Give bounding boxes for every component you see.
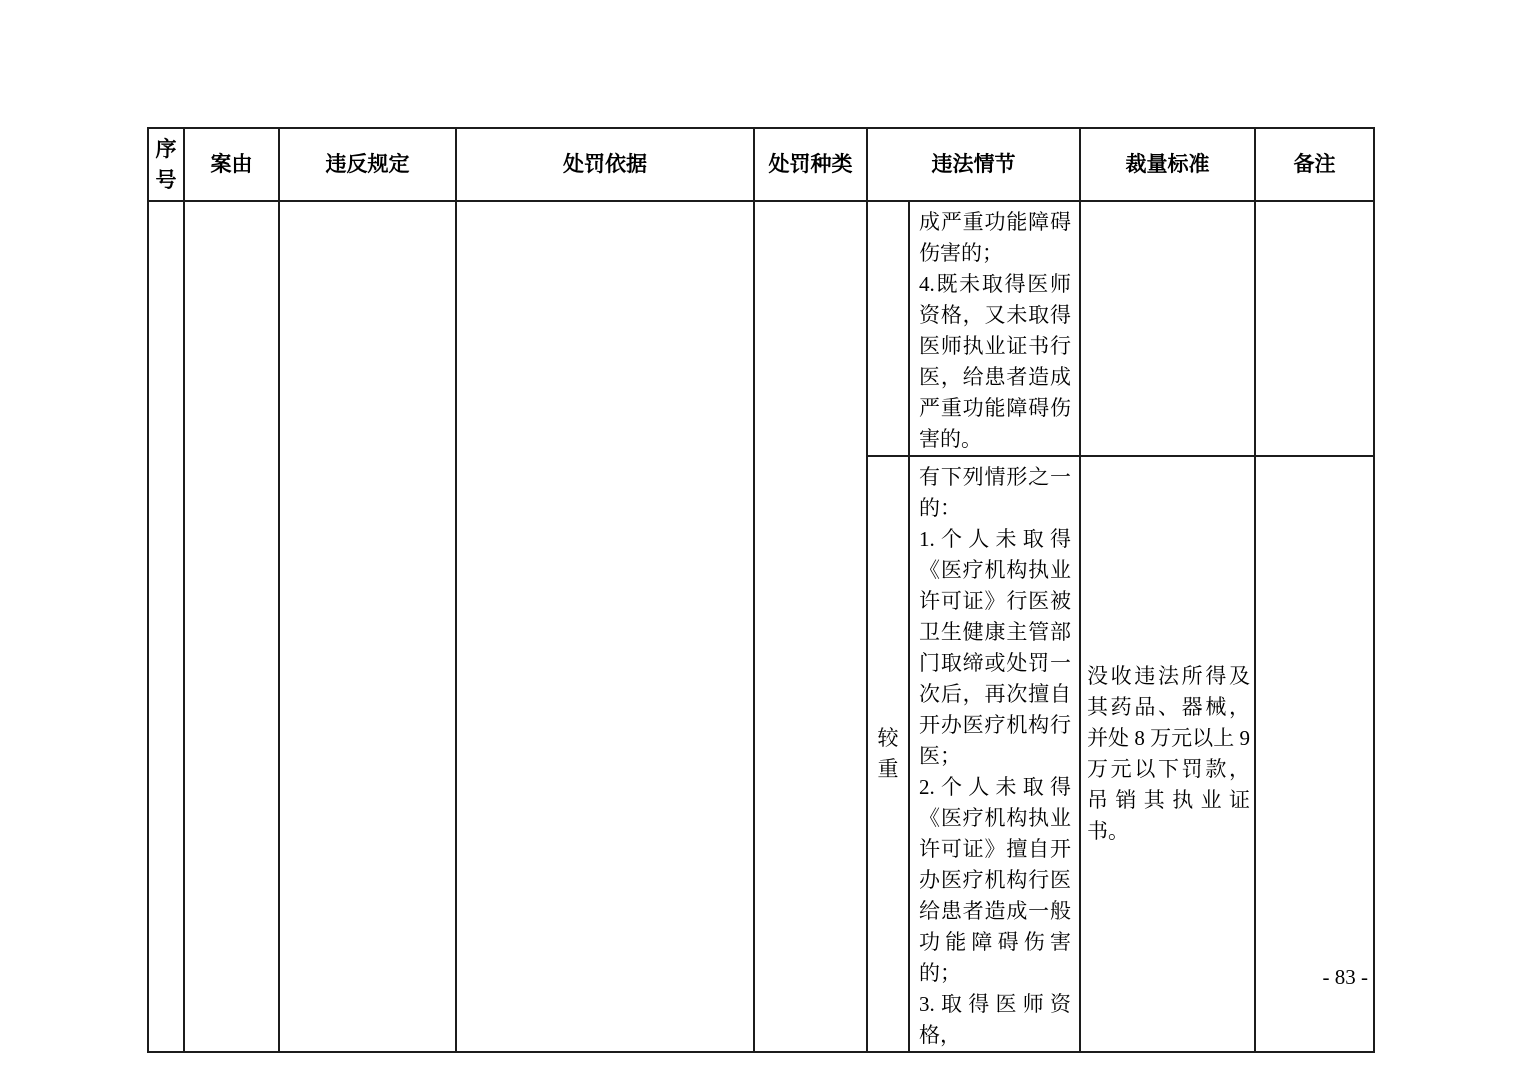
document-page: 序号 案由 违反规定 处罚依据 处罚种类 违法情节 裁量标准 备注 成严重功能障… — [0, 0, 1520, 1074]
table-row-continuation: 成严重功能障碍伤害的； 4.既未取得医师资格，又未取得医师执业证书行医，给患者造… — [148, 201, 1374, 456]
header-cell-violation: 违反规定 — [279, 128, 456, 201]
header-cell-penalty-type: 处罚种类 — [754, 128, 867, 201]
cell-circumstances-row1: 成严重功能障碍伤害的； 4.既未取得医师资格，又未取得医师执业证书行医，给患者造… — [909, 201, 1080, 456]
table-header-row: 序号 案由 违反规定 处罚依据 处罚种类 违法情节 裁量标准 备注 — [148, 128, 1374, 201]
header-cell-circumstances: 违法情节 — [867, 128, 1080, 201]
cell-violation — [279, 201, 456, 1052]
cell-standard-row1 — [1080, 201, 1255, 456]
page-number: - 83 - — [1323, 963, 1369, 991]
cell-standard-row2: 没收违法所得及其药品、器械，并处 8 万元以上 9 万元以下罚款，吊销其执业证书… — [1080, 456, 1255, 1052]
header-cell-remarks: 备注 — [1255, 128, 1374, 201]
header-cell-basis: 处罚依据 — [456, 128, 754, 201]
penalty-discretion-table: 序号 案由 违反规定 处罚依据 处罚种类 违法情节 裁量标准 备注 成严重功能障… — [147, 127, 1375, 1053]
cell-basis — [456, 201, 754, 1052]
cell-circumstances-row2: 有下列情形之一的： 1.个人未取得《医疗机构执业许可证》行医被卫生健康主管部门取… — [909, 456, 1080, 1052]
cell-cause — [184, 201, 279, 1052]
header-cell-cause: 案由 — [184, 128, 279, 201]
cell-penalty-type — [754, 201, 867, 1052]
cell-severity-row2: 较重 — [867, 456, 909, 1052]
cell-severity-row1 — [867, 201, 909, 456]
header-cell-serial: 序号 — [148, 128, 184, 201]
header-cell-standard: 裁量标准 — [1080, 128, 1255, 201]
cell-remarks-row1 — [1255, 201, 1374, 456]
cell-serial — [148, 201, 184, 1052]
